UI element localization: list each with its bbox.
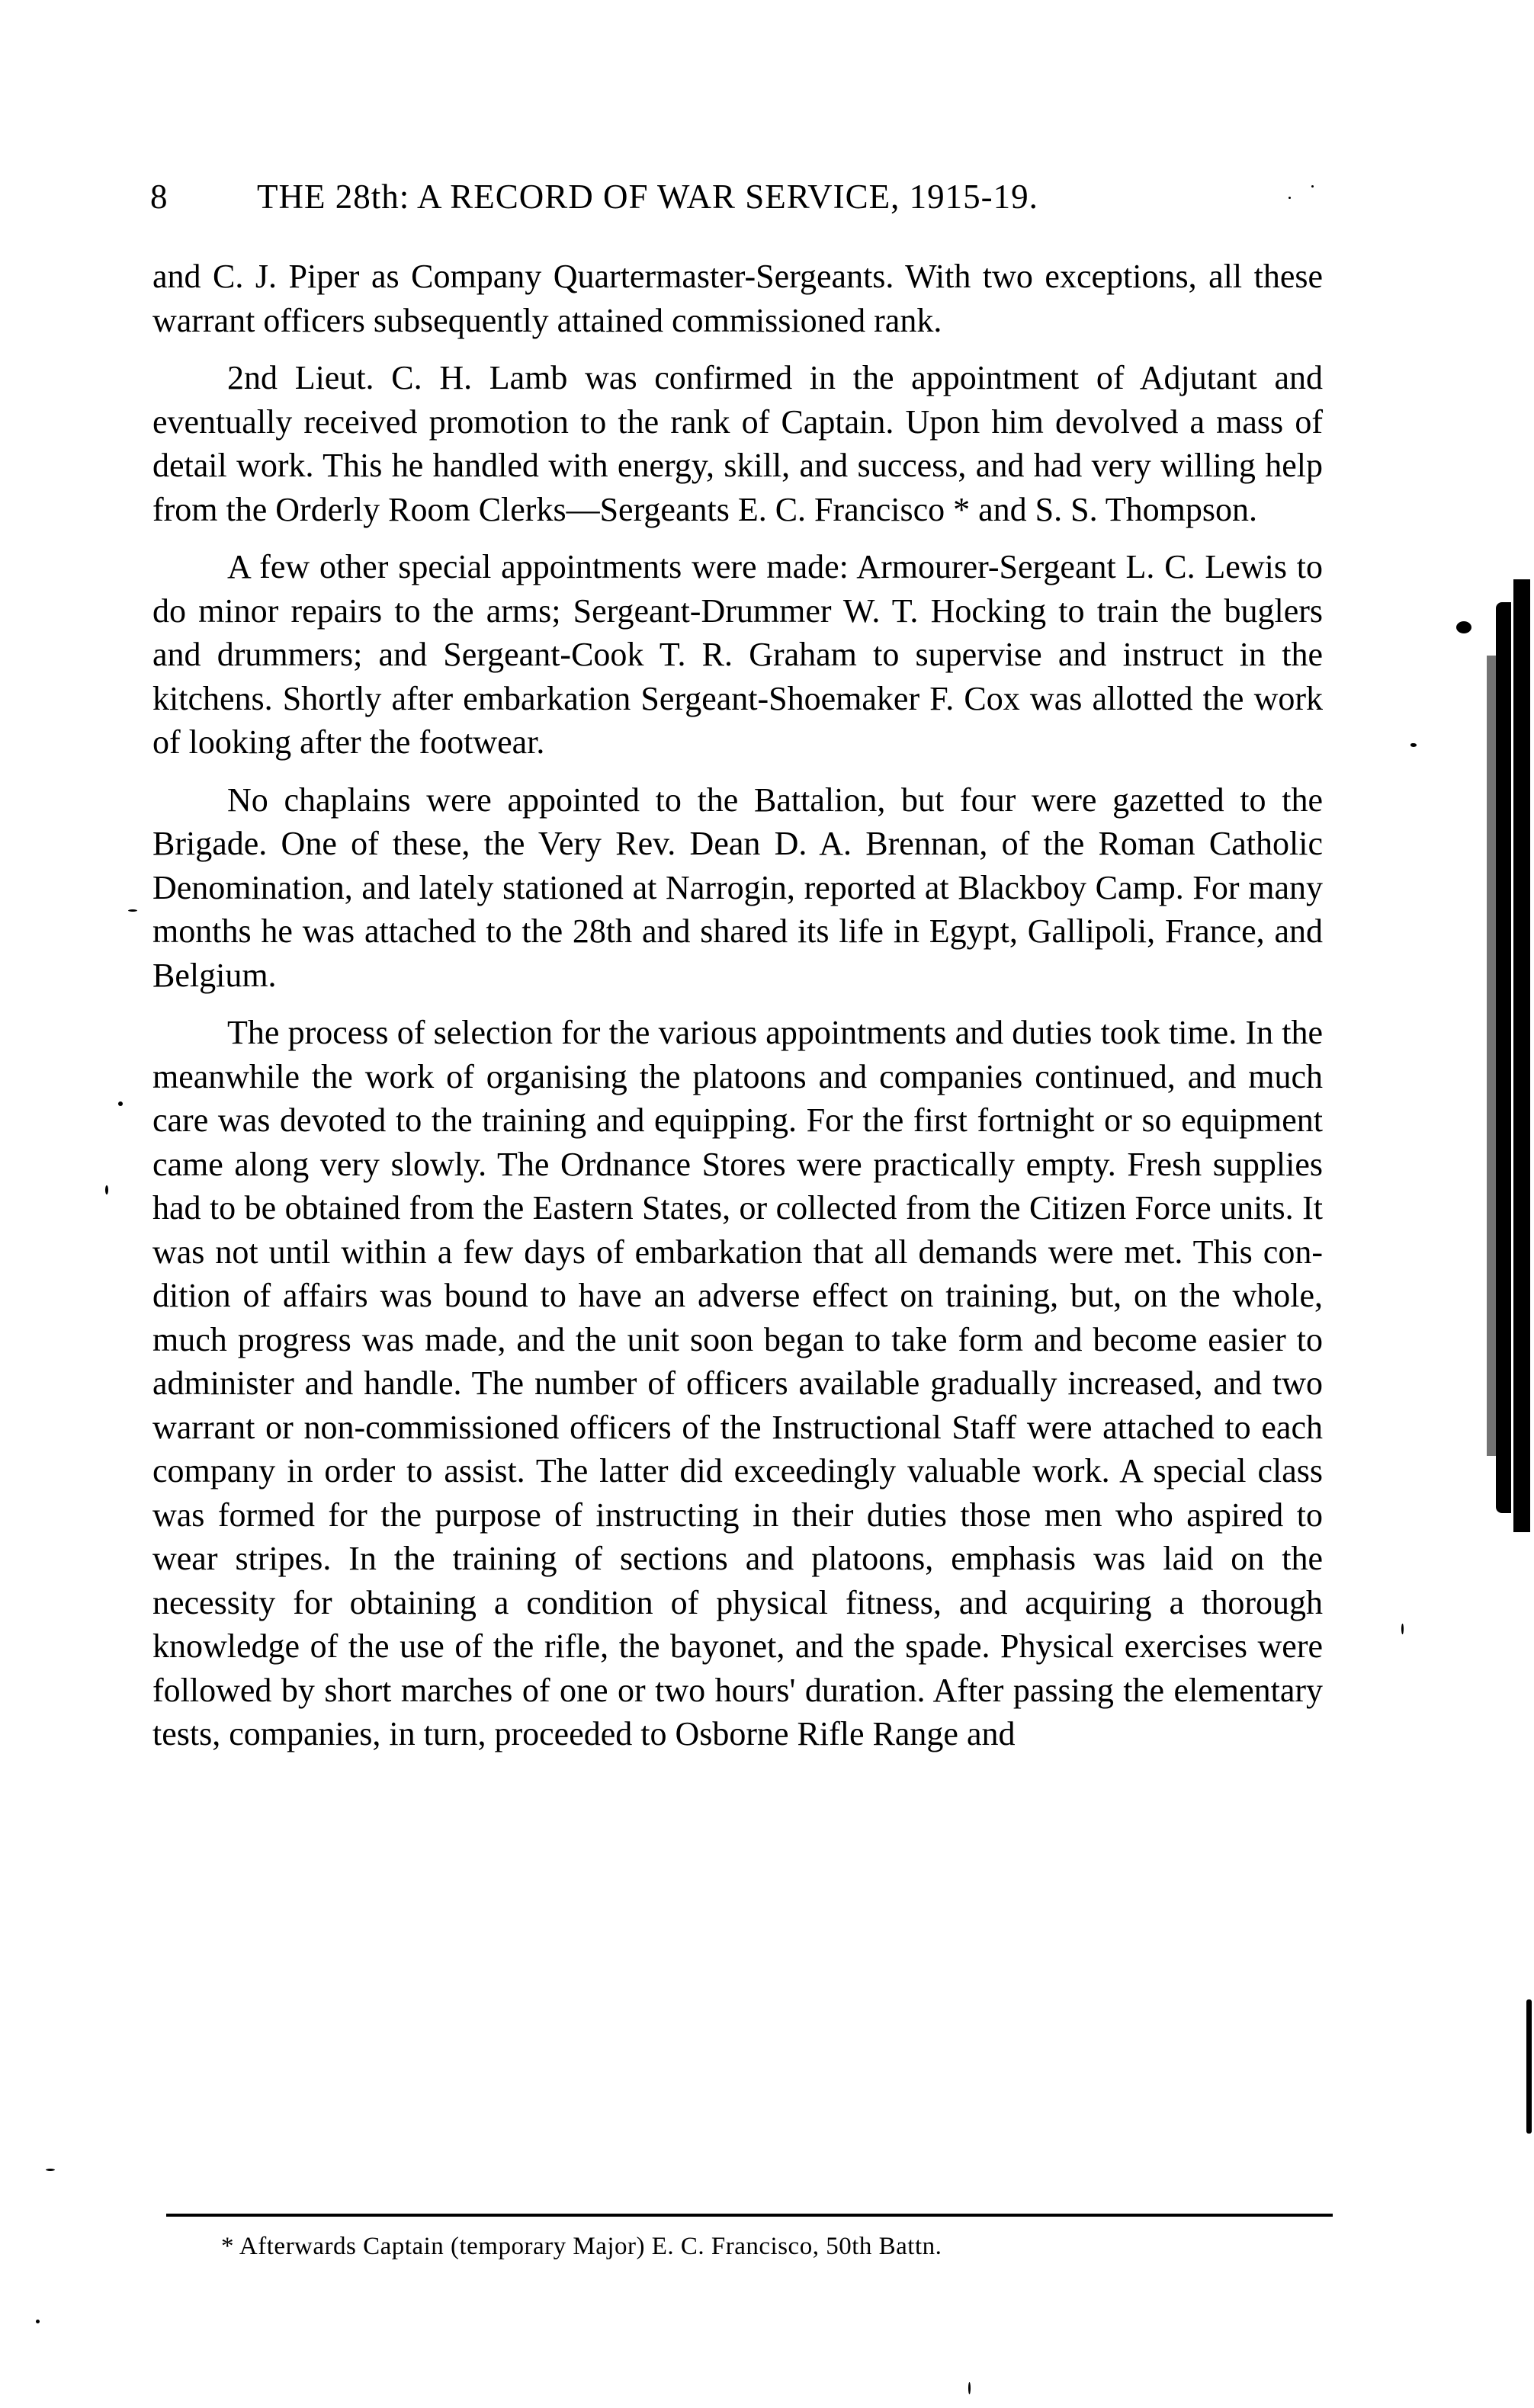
footnote: * Afterwards Captain (temporary Major) E… xyxy=(221,2230,1334,2263)
paragraph-chaplains: No chaplains were appointed to the Batta… xyxy=(152,778,1323,998)
scan-artifact-speck xyxy=(118,1101,123,1106)
footnote-rule xyxy=(166,2214,1333,2217)
scan-artifact-speck xyxy=(1410,743,1415,746)
scan-artifact-speck xyxy=(1401,1624,1404,1634)
scan-artifact-bar xyxy=(1526,1999,1532,2134)
scan-artifact-speck xyxy=(128,909,137,912)
paragraph-training: The process of selection for the various… xyxy=(152,1011,1323,1756)
body-text: and C. J. Piper as Company Quartermaster… xyxy=(152,255,1323,1770)
paragraph-adjutant: 2nd Lieut. C. H. Lamb was confirmed in t… xyxy=(152,356,1323,531)
scan-artifact-speck xyxy=(1456,621,1471,633)
scan-artifact-speck xyxy=(968,2382,971,2394)
scan-artifact-speck xyxy=(105,1185,108,1194)
scanned-book-page: 8THE 28th: A RECORD OF WAR SERVICE, 1915… xyxy=(0,0,1534,2408)
scan-artifact-speck xyxy=(1288,197,1291,199)
scan-artifact-bar xyxy=(1496,602,1511,1513)
running-head: 8THE 28th: A RECORD OF WAR SERVICE, 1915… xyxy=(150,174,1340,220)
paragraph-special-appointments: A few other special appointments were ma… xyxy=(152,545,1323,765)
scan-artifact-bar xyxy=(1513,579,1530,1532)
book-title: THE 28th: A RECORD OF WAR SERVICE, 1915-… xyxy=(257,174,1038,220)
scan-artifact-speck xyxy=(1311,185,1314,188)
scan-artifact-speck xyxy=(46,2169,55,2171)
page-number: 8 xyxy=(150,174,257,220)
paragraph-continued: and C. J. Piper as Company Quartermaster… xyxy=(152,255,1323,342)
scan-artifact-speck xyxy=(36,2320,40,2323)
